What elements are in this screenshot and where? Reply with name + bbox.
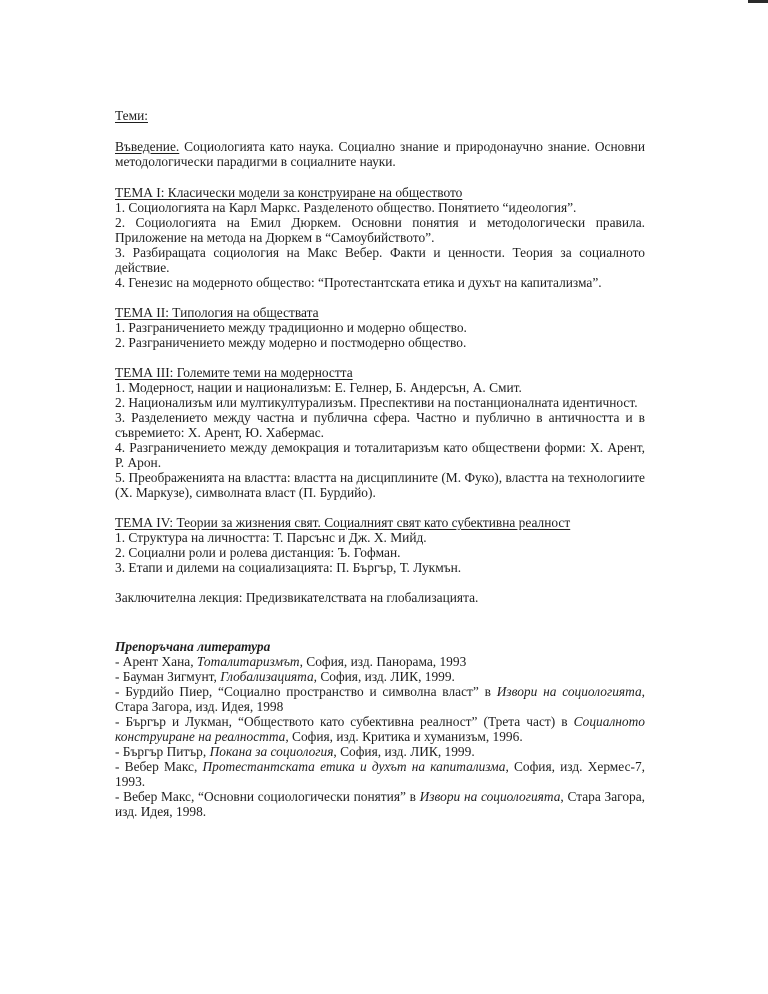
literature-ref: - Вебер Макс, Протестантската етика и ду… xyxy=(115,759,645,789)
ref-publisher: , София, изд. ЛИК, 1999. xyxy=(333,744,474,759)
ref-author: - Вебер Макс, “Основни социологически по… xyxy=(115,789,420,804)
literature-title: Препоръчана литература xyxy=(115,639,645,654)
list-item: 2. Социологията на Емил Дюркем. Основни … xyxy=(115,215,645,245)
section-heading: ТЕМА IV: Теории за жизнения свят. Социал… xyxy=(115,515,645,530)
ref-title: Тоталитаризмът xyxy=(197,654,300,669)
section-heading: ТЕМА I: Класически модели за конструиран… xyxy=(115,185,645,200)
literature-ref: - Бъргър и Лукман, “Обществото като субе… xyxy=(115,714,645,744)
closing-lecture: Заключителна лекция: Предизвикателствата… xyxy=(115,590,645,605)
topics-label: Теми: xyxy=(115,108,645,123)
list-item: 3. Разделението между частна и публична … xyxy=(115,410,645,440)
list-item: 4. Разграничението между демокрация и то… xyxy=(115,440,645,470)
intro-label: Въведение. xyxy=(115,139,179,154)
list-item: 1. Структура на личността: Т. Парсънс и … xyxy=(115,530,645,545)
list-item: 1. Разграничението между традиционно и м… xyxy=(115,320,645,335)
ref-author: - Бурдийо Пиер, “Социално пространство и… xyxy=(115,684,497,699)
section-theme-4: ТЕМА IV: Теории за жизнения свят. Социал… xyxy=(115,515,645,575)
topics-label-text: Теми: xyxy=(115,108,148,123)
list-item: 2. Разграничението между модерно и постм… xyxy=(115,335,645,350)
section-theme-3: ТЕМА III: Големите теми на модерността 1… xyxy=(115,365,645,500)
list-item: 2. Национализъм или мултикултурализъм. П… xyxy=(115,395,645,410)
scan-edge-mark xyxy=(748,0,768,3)
ref-publisher: , София, изд. ЛИК, 1999. xyxy=(314,669,455,684)
ref-author: - Арент Хана, xyxy=(115,654,197,669)
literature-ref: - Арент Хана, Тоталитаризмът, София, изд… xyxy=(115,654,645,669)
ref-title: Извори на социологията xyxy=(497,684,642,699)
ref-title: Покана за социология xyxy=(210,744,334,759)
list-item: 1. Социологията на Карл Маркс. Разделено… xyxy=(115,200,645,215)
ref-title: Извори на социологията xyxy=(420,789,561,804)
list-item: 2. Социални роли и ролева дистанция: Ъ. … xyxy=(115,545,645,560)
section-heading: ТЕМА II: Типология на обществата xyxy=(115,305,645,320)
literature-ref: - Вебер Макс, “Основни социологически по… xyxy=(115,789,645,819)
section-theme-1: ТЕМА I: Класически модели за конструиран… xyxy=(115,185,645,290)
ref-author: - Бъргър Питър, xyxy=(115,744,210,759)
literature-section: Препоръчана литература - Арент Хана, Тот… xyxy=(115,639,645,819)
ref-author: - Бъргър и Лукман, “Обществото като субе… xyxy=(115,714,574,729)
syllabus-page: Теми: Въведение. Социологията като наука… xyxy=(115,108,645,819)
list-item: 1. Модерност, нации и национализъм: Е. Г… xyxy=(115,380,645,395)
list-item: 3. Етапи и дилеми на социализацията: П. … xyxy=(115,560,645,575)
literature-ref: - Бурдийо Пиер, “Социално пространство и… xyxy=(115,684,645,714)
literature-ref: - Бауман Зигмунт, Глобализацията, София,… xyxy=(115,669,645,684)
ref-author: - Вебер Макс, xyxy=(115,759,203,774)
ref-title: Глобализацията xyxy=(220,669,313,684)
intro-paragraph: Въведение. Социологията като наука. Соци… xyxy=(115,139,645,169)
literature-ref: - Бъргър Питър, Покана за социология, Со… xyxy=(115,744,645,759)
section-theme-2: ТЕМА II: Типология на обществата 1. Разг… xyxy=(115,305,645,350)
ref-publisher: , София, изд. Панорама, 1993 xyxy=(300,654,467,669)
ref-title: Протестантската етика и духът на капитал… xyxy=(203,759,506,774)
list-item: 4. Генезис на модерното общество: “Проте… xyxy=(115,275,645,290)
list-item: 5. Преображенията на властта: властта на… xyxy=(115,470,645,500)
list-item: 3. Разбиращата социология на Макс Вебер.… xyxy=(115,245,645,275)
ref-publisher: , София, изд. Критика и хуманизъм, 1996. xyxy=(285,729,522,744)
intro-text: Социологията като наука. Социално знание… xyxy=(115,139,645,169)
section-heading: ТЕМА III: Големите теми на модерността xyxy=(115,365,645,380)
ref-author: - Бауман Зигмунт, xyxy=(115,669,220,684)
